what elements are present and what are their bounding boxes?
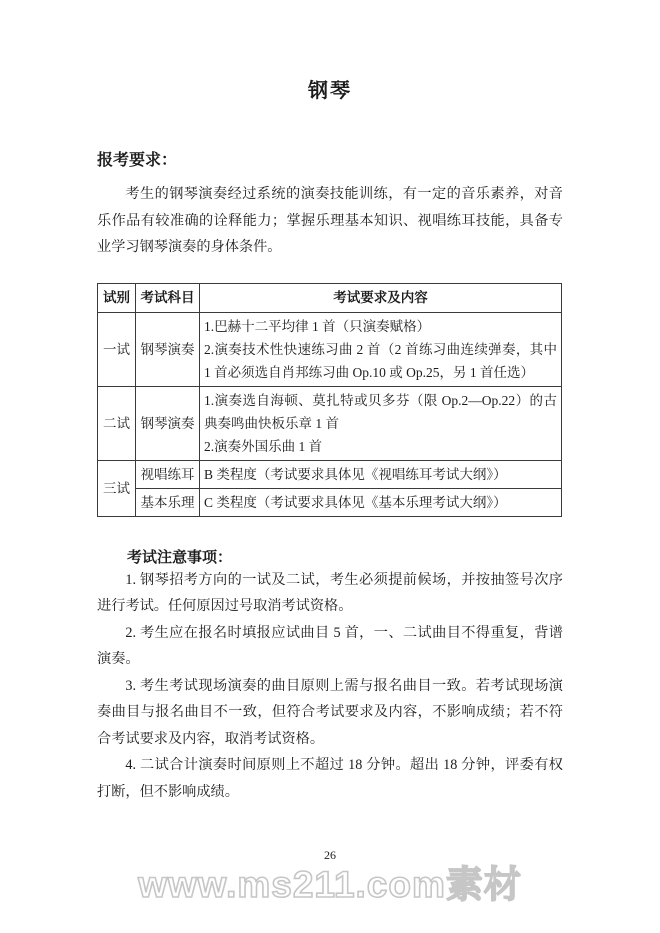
subject-cell: 钢琴演奏	[136, 386, 200, 460]
note-item-2: 2. 考生应在报名时填报应试曲目 5 首，一、二试曲目不得重复，背谱演奏。	[97, 620, 563, 673]
page-title: 钢琴	[97, 74, 563, 103]
content-cell: 1.巴赫十二平均律 1 首（只演奏赋格） 2.演奏技术性快速练习曲 2 首（2 …	[200, 312, 562, 386]
requirements-paragraph: 考生的钢琴演奏经过系统的演奏技能训练，有一定的音乐素养，对音乐作品有较准确的诠释…	[97, 181, 563, 261]
subject-cell: 基本乐理	[136, 488, 200, 516]
table-row: 一试 钢琴演奏 1.巴赫十二平均律 1 首（只演奏赋格） 2.演奏技术性快速练习…	[98, 312, 562, 386]
table-row: 二试 钢琴演奏 1.演奏选自海顿、莫扎特或贝多芬（限 Op.2—Op.22）的古…	[98, 386, 562, 460]
subject-cell: 视唱练耳	[136, 460, 200, 488]
round-cell: 一试	[98, 312, 136, 386]
notes-heading: 考试注意事项：	[97, 546, 563, 567]
table-row: 三试 视唱练耳 B 类程度（考试要求具体见《视唱练耳考试大纲》）	[98, 460, 562, 488]
document-page: { "page": { "title": "钢琴", "page_number"…	[0, 0, 660, 933]
note-item-1: 1. 钢琴招考方向的一试及二试，考生必须提前候场，并按抽签号次序进行考试。任何原…	[97, 567, 563, 620]
note-item-4: 4. 二试合计演奏时间原则上不超过 18 分钟。超出 18 分钟，评委有权打断，…	[97, 752, 563, 805]
header-round: 试别	[98, 283, 136, 312]
header-content: 考试要求及内容	[200, 283, 562, 312]
content-cell: B 类程度（考试要求具体见《视唱练耳考试大纲》）	[200, 460, 562, 488]
content-cell: C 类程度（考试要求具体见《基本乐理考试大纲》）	[200, 488, 562, 516]
requirements-heading: 报考要求：	[97, 147, 563, 170]
exam-requirements-table: 试别 考试科目 考试要求及内容 一试 钢琴演奏 1.巴赫十二平均律 1 首（只演…	[97, 283, 562, 517]
round-cell: 三试	[98, 460, 136, 516]
subject-cell: 钢琴演奏	[136, 312, 200, 386]
content-cell: 1.演奏选自海顿、莫扎特或贝多芬（限 Op.2—Op.22）的古典奏鸣曲快板乐章…	[200, 386, 562, 460]
header-subject: 考试科目	[136, 283, 200, 312]
note-item-3: 3. 考生考试现场演奏的曲目原则上需与报名曲目一致。若考试现场演奏曲目与报名曲目…	[97, 673, 563, 753]
table-row: 基本乐理 C 类程度（考试要求具体见《基本乐理考试大纲》）	[98, 488, 562, 516]
round-cell: 二试	[98, 386, 136, 460]
page-content: 钢琴 报考要求： 考生的钢琴演奏经过系统的演奏技能训练，有一定的音乐素养，对音乐…	[97, 0, 563, 805]
watermark: www.ms211.com素材	[0, 854, 660, 908]
table-header-row: 试别 考试科目 考试要求及内容	[98, 283, 562, 312]
